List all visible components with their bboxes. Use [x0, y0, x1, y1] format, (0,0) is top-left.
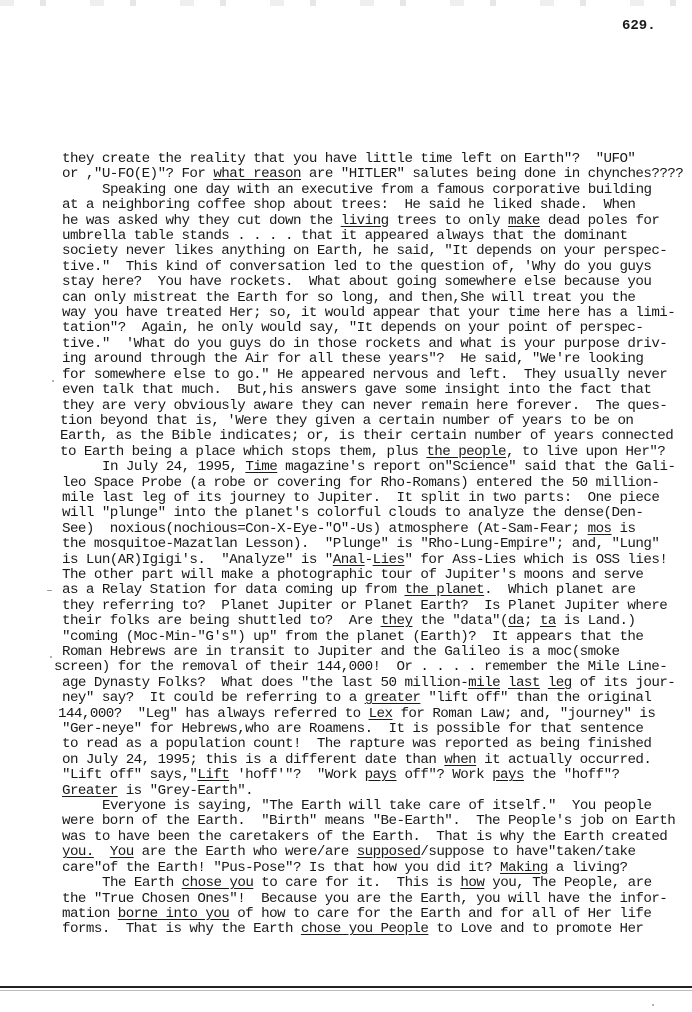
text-segment: mile last leg of its journey to Jupiter.… — [62, 490, 659, 506]
underlined-text: Lies — [373, 552, 405, 568]
text-segment: way you have treated Her; so, it would a… — [62, 305, 675, 321]
underlined-text: Lex — [369, 706, 393, 722]
text-line: to read as a population count! The raptu… — [62, 737, 682, 752]
text-segment: even talk that much. But,his answers gav… — [62, 382, 651, 398]
underlined-text: greater — [365, 690, 421, 706]
scan-speck — [652, 1004, 654, 1006]
underlined-text: living — [341, 213, 389, 229]
text-line: screen) for the removal of their 144,000… — [54, 660, 682, 675]
text-segment: the "data"( — [412, 613, 508, 629]
text-segment: of how to care for the Earth and for all… — [229, 906, 651, 922]
text-line: umbrella table stands . . . . that it ap… — [62, 229, 682, 244]
text-line: on July 24, 1995; this is a different da… — [62, 753, 682, 768]
underlined-text: when — [444, 752, 476, 768]
text-segment: /suppose to have"taken/take — [420, 844, 635, 860]
text-segment: of its jour- — [572, 675, 676, 691]
text-line: was to have been the caretakers of the E… — [62, 830, 682, 845]
text-segment: or ,"U-FO(E)"? For — [62, 166, 213, 182]
text-segment: leo Space Probe (a robe or covering for … — [62, 475, 659, 491]
text-line: stay here? You have rockets. What about … — [62, 275, 682, 290]
underlined-text: Time — [245, 459, 277, 475]
text-segment: are "HITLER" salutes being done in chync… — [301, 166, 683, 182]
text-segment: for somewhere else to go." He appeared n… — [62, 367, 667, 383]
text-line: society never likes anything on Earth, h… — [62, 244, 682, 259]
text-segment: you, The People, are — [484, 875, 651, 891]
underlined-text: Making — [500, 860, 548, 876]
text-line: were born of the Earth. "Birth" means "B… — [62, 814, 682, 829]
text-segment: for Roman Law; and, "journey" is — [393, 706, 656, 722]
text-segment: ing around through the Air for all these… — [62, 351, 643, 367]
text-segment — [500, 675, 508, 691]
text-segment: is Land.) — [556, 613, 636, 629]
text-segment: society never likes anything on Earth, h… — [62, 243, 667, 259]
text-line: the mosquitoe-Mazatlan Lesson). "Plunge"… — [62, 537, 682, 552]
text-line: leo Space Probe (a robe or covering for … — [62, 476, 682, 491]
scan-speck — [50, 656, 52, 658]
text-segment: Everyone is saying, "The Earth will take… — [102, 798, 652, 814]
text-segment: age Dynasty Folks? What does "the last 5… — [62, 675, 468, 691]
text-line: tation"? Again, he only would say, "It d… — [62, 321, 682, 336]
scan-speck — [52, 380, 54, 382]
text-segment: The Earth — [102, 875, 182, 891]
text-segment: to Earth being a place which stops them,… — [60, 444, 426, 460]
text-segment: - — [365, 552, 373, 568]
text-segment: tive." 'What do you guys do in those roc… — [62, 336, 667, 352]
text-line: even talk that much. But,his answers gav… — [62, 383, 682, 398]
text-segment: a living? — [548, 860, 628, 876]
text-segment: mation — [62, 906, 118, 922]
text-line: Earth, as the Bible indicates; or, is th… — [60, 429, 682, 444]
text-segment: forms. That is why the Earth — [62, 921, 301, 937]
underlined-text: last — [508, 675, 540, 691]
underlined-text: what reason — [213, 166, 301, 182]
text-line: age Dynasty Folks? What does "the last 5… — [62, 676, 682, 691]
text-line: can only mistreat the Earth for so long,… — [62, 291, 682, 306]
text-line: The Earth chose you to care for it. This… — [62, 876, 682, 891]
text-line: The other part will make a photographic … — [62, 568, 682, 583]
text-line: Speaking one day with an executive from … — [62, 183, 682, 198]
text-segment: ; — [524, 613, 540, 629]
underlined-text: Greater — [62, 783, 118, 799]
text-segment: tion beyond that is, 'Were they given a … — [60, 413, 633, 429]
text-segment: care"of the Earth! "Pus-Pose"? Is that h… — [62, 860, 500, 876]
scan-artifact-top — [0, 0, 692, 6]
text-segment: the mosquitoe-Mazatlan Lesson). "Plunge"… — [62, 536, 659, 552]
text-segment: they are very obviously aware they can n… — [62, 398, 667, 414]
text-line: you. You are the Earth who were/are supp… — [62, 845, 682, 860]
text-line: Everyone is saying, "The Earth will take… — [62, 799, 682, 814]
text-segment: "coming (Moc-Min-"G's") up" from the pla… — [62, 629, 643, 645]
text-segment: to read as a population count! The raptu… — [62, 736, 651, 752]
text-segment: to Love and to promote Her — [428, 921, 643, 937]
text-segment: Earth, as the Bible indicates; or, is th… — [60, 428, 673, 444]
text-line: Roman Hebrews are in transit to Jupiter … — [62, 645, 682, 660]
underlined-text: make — [508, 213, 540, 229]
text-segment: was to have been the caretakers of the E… — [62, 829, 667, 845]
text-line: mile last leg of its journey to Jupiter.… — [62, 491, 682, 506]
underlined-text: Anal — [333, 552, 365, 568]
text-segment: See) noxious(nochious=Con-X-Eye-"O"-Us) … — [62, 521, 588, 537]
text-segment — [540, 675, 548, 691]
text-segment: tive." This kind of conversation led to … — [62, 259, 651, 275]
text-line: at a neighboring coffee shop about trees… — [62, 198, 682, 213]
text-segment: 'hoff'"? "Work — [229, 767, 364, 783]
text-line: is Lun(AR)Igigi's. "Analyze" is "Anal-Li… — [62, 553, 682, 568]
text-segment: as a Relay Station for data coming up fr… — [62, 582, 404, 598]
text-segment: were born of the Earth. "Birth" means "B… — [62, 813, 675, 829]
page-bottom-edge — [0, 986, 692, 988]
text-line: will "plunge" into the planet's colorful… — [62, 506, 682, 521]
underlined-text: how — [460, 875, 484, 891]
text-segment: at a neighboring coffee shop about trees… — [62, 197, 635, 213]
text-line: for somewhere else to go." He appeared n… — [62, 368, 682, 383]
text-segment: is Lun(AR)Igigi's. "Analyze" is " — [62, 552, 333, 568]
text-line: See) noxious(nochious=Con-X-Eye-"O"-Us) … — [62, 522, 682, 537]
text-line: they create the reality that you have li… — [62, 152, 682, 167]
text-segment: 144,000? "Leg" has always referred to — [58, 706, 369, 722]
underlined-text: Lift — [197, 767, 229, 783]
underlined-text: the people — [426, 444, 506, 460]
text-segment: magazine's report on"Science" said that … — [277, 459, 675, 475]
text-line: 144,000? "Leg" has always referred to Le… — [58, 707, 682, 722]
text-segment: he was asked why they cut down the — [62, 213, 341, 229]
underlined-text: leg — [548, 675, 572, 691]
text-line: or ,"U-FO(E)"? For what reason are "HITL… — [62, 167, 682, 182]
underlined-text: chose you People — [301, 921, 428, 937]
text-line: tive." 'What do you guys do in those roc… — [62, 337, 682, 352]
underlined-text: pays — [492, 767, 524, 783]
text-line: they are very obviously aware they can n… — [62, 399, 682, 414]
text-segment: to care for it. This is — [253, 875, 460, 891]
text-segment: The other part will make a photographic … — [62, 567, 643, 583]
underlined-text: ta — [540, 613, 556, 629]
text-segment: Speaking one day with an executive from … — [102, 182, 652, 198]
underlined-text: chose you — [182, 875, 254, 891]
text-line: tive." This kind of conversation led to … — [62, 260, 682, 275]
text-segment: the "True Chosen Ones"! Because you are … — [62, 891, 667, 907]
text-segment: it actually occurred. — [476, 752, 651, 768]
text-segment: will "plunge" into the planet's colorful… — [62, 505, 643, 521]
text-segment: are the Earth who were/are — [134, 844, 357, 860]
text-segment — [94, 844, 110, 860]
text-segment: umbrella table stands . . . . that it ap… — [62, 228, 627, 244]
document-body: they create the reality that you have li… — [62, 152, 682, 938]
text-line: "coming (Moc-Min-"G's") up" from the pla… — [62, 630, 682, 645]
text-segment: screen) for the removal of their 144,000… — [54, 659, 667, 675]
text-segment: can only mistreat the Earth for so long,… — [62, 290, 635, 306]
text-segment: "Lift off" says," — [62, 767, 197, 783]
text-segment: trees to only — [389, 213, 508, 229]
text-line: as a Relay Station for data coming up fr… — [62, 583, 682, 598]
scan-speck — [47, 590, 52, 591]
text-line: forms. That is why the Earth chose you P… — [62, 922, 682, 937]
underlined-text: they — [381, 613, 413, 629]
text-segment: Roman Hebrews are in transit to Jupiter … — [62, 644, 619, 660]
text-segment: they create the reality that you have li… — [62, 151, 635, 167]
text-segment: " for Ass-Lies which is OSS lies! — [404, 552, 667, 568]
text-segment: , to live upon Her"? — [506, 444, 665, 460]
text-line: they referring to? Planet Jupiter or Pla… — [62, 599, 682, 614]
text-line: "Lift off" says,"Lift 'hoff'"? "Work pay… — [62, 768, 682, 783]
text-line: the "True Chosen Ones"! Because you are … — [62, 892, 682, 907]
text-line: he was asked why they cut down the livin… — [62, 214, 682, 229]
text-line: their folks are being shuttled to? Are t… — [62, 614, 682, 629]
underlined-text: da — [508, 613, 524, 629]
text-segment: "Ger-neye" for Hebrews,who are Roamens. … — [62, 721, 643, 737]
text-segment: ney" say? It could be referring to a — [62, 690, 365, 706]
text-line: to Earth being a place which stops them,… — [60, 445, 682, 460]
text-line: ing around through the Air for all these… — [62, 352, 682, 367]
text-line: "Ger-neye" for Hebrews,who are Roamens. … — [62, 722, 682, 737]
underlined-text: pays — [365, 767, 397, 783]
text-segment: dead poles for — [540, 213, 659, 229]
underlined-text: supposed — [357, 844, 421, 860]
underlined-text: mile — [468, 675, 500, 691]
underlined-text: You — [110, 844, 134, 860]
text-segment: . Which planet are — [484, 582, 635, 598]
underlined-text: mos — [588, 521, 612, 537]
underlined-text: borne into you — [118, 906, 230, 922]
text-segment: In July 24, 1995, — [102, 459, 245, 475]
page-number: 629. — [622, 18, 656, 34]
text-segment: off"? Work — [397, 767, 493, 783]
text-line: way you have treated Her; so, it would a… — [62, 306, 682, 321]
underlined-text: you. — [62, 844, 94, 860]
page-bottom-edge-shadow — [0, 990, 692, 991]
text-line: Greater is "Grey-Earth". — [62, 784, 682, 799]
text-line: mation borne into you of how to care for… — [62, 907, 682, 922]
text-line: care"of the Earth! "Pus-Pose"? Is that h… — [62, 861, 682, 876]
text-segment: the "hoff"? — [524, 767, 620, 783]
text-segment: their folks are being shuttled to? Are — [62, 613, 381, 629]
text-segment: is — [612, 521, 636, 537]
underlined-text: the planet — [404, 582, 484, 598]
text-segment: on July 24, 1995; this is a different da… — [62, 752, 444, 768]
text-segment: tation"? Again, he only would say, "It d… — [62, 320, 643, 336]
text-segment: is "Grey-Earth". — [118, 783, 253, 799]
text-line: tion beyond that is, 'Were they given a … — [60, 414, 682, 429]
text-line: ney" say? It could be referring to a gre… — [62, 691, 682, 706]
text-line: In July 24, 1995, Time magazine's report… — [62, 460, 682, 475]
text-segment: "lift off" than the original — [420, 690, 651, 706]
text-segment: stay here? You have rockets. What about … — [62, 274, 651, 290]
text-segment: they referring to? Planet Jupiter or Pla… — [62, 598, 667, 614]
